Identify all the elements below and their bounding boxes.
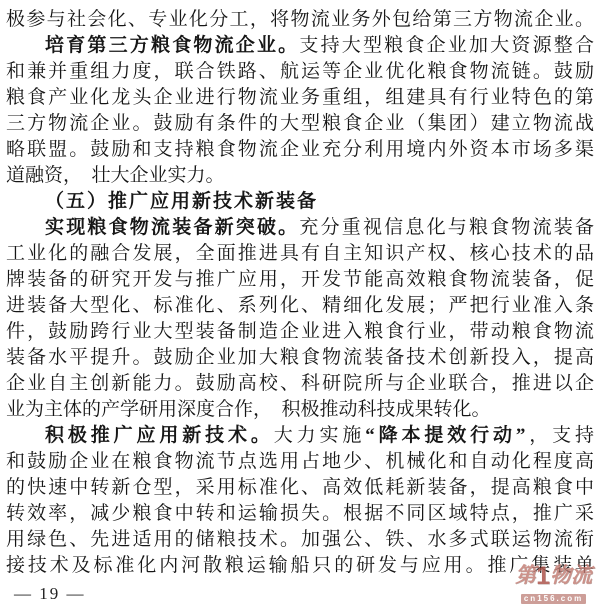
- text-line-16: 业为主体的产学研用深度合作， 积极推动科技成果转化。: [6, 397, 594, 423]
- text-line-02: 培育第三方粮食物流企业。支持大型粮食企业加大资源整合: [6, 33, 594, 59]
- watermark-brand-text: 第1物流: [515, 564, 592, 589]
- watermark-brand-post: 物流: [550, 564, 592, 587]
- text-line-09: 实现粮食物流装备新突破。充分重视信息化与粮食物流装备: [6, 215, 594, 241]
- paragraph-text: 充分重视信息化与粮食物流装备: [299, 217, 594, 238]
- watermark-url: cn156.com: [521, 594, 586, 604]
- text-line-22: 接技术及标准化内河散粮运输船只的研发与应用。推广集装单: [6, 553, 594, 579]
- paragraph-lead-bold: 积极推广应用新技术。: [45, 425, 274, 446]
- text-line-07: 道融资， 壮大企业实力。: [6, 163, 594, 189]
- text-line-21: 用绿色、先进适用的储粮技术。加强公、铁、水多式联运物流衔: [6, 527, 594, 553]
- text-line-18: 和鼓励企业在粮食物流节点选用占地少、机械化和自动化程度高: [6, 449, 594, 475]
- text-line-14: 装备水平提升。鼓励企业加大粮食物流装备技术创新投入，提高: [6, 345, 594, 371]
- paragraph-lead-bold: 实现粮食物流装备新突破。: [45, 217, 299, 238]
- quoted-term-bold: “降本提效行动”: [365, 425, 525, 446]
- text-line-04: 粮食产业化龙头企业进行物流业务重组，组建具有行业特色的第: [6, 85, 594, 111]
- section-heading: （五）推广应用新技术新装备: [6, 189, 594, 215]
- text-line-20: 转效率，减少粮食中转和运输损失。根据不同区域特点，推广采: [6, 501, 594, 527]
- text-line-13: 件，鼓励跨行业大型装备制造企业进入粮食行业，带动粮食物流: [6, 319, 594, 345]
- document-body: 极参与社会化、专业化分工，将物流业务外包给第三方物流企业。 培育第三方粮食物流企…: [0, 0, 600, 604]
- paragraph-lead-bold: 培育第三方粮食物流企业。: [45, 35, 299, 56]
- paragraph-text: 支持大型粮食企业加大资源整合: [299, 35, 594, 56]
- text-line-05: 三方物流企业。鼓励有条件的大型粮食企业（集团）建立物流战: [6, 111, 594, 137]
- text-line-10: 工业化的融合发展，全面推进具有自主知识产权、核心技术的品: [6, 241, 594, 267]
- text-line-17: 积极推广应用新技术。大力实施“降本提效行动”，支持: [6, 423, 594, 449]
- watermark-numeral-one: 1: [536, 562, 550, 590]
- text-line-01: 极参与社会化、专业化分工，将物流业务外包给第三方物流企业。: [6, 7, 594, 33]
- paragraph-text: 大力实施: [274, 425, 366, 446]
- text-line-12: 进装备大型化、标准化、系列化、精细化发展；严把行业准入条: [6, 293, 594, 319]
- watermark-logo: 第1物流 cn156.com: [515, 564, 592, 605]
- text-line-15: 企业自主创新能力。鼓励高校、科研院所与企业联合，推进以企: [6, 371, 594, 397]
- page-number: — 19 —: [6, 584, 594, 604]
- watermark-brand-pre: 第: [515, 564, 536, 587]
- text-line-19: 的快速中转新仓型，采用标准化、高效低耗新装备，提高粮食中: [6, 475, 594, 501]
- text-line-06: 略联盟。鼓励和支持粮食物流企业充分利用境内外资本市场多渠: [6, 137, 594, 163]
- text-line-03: 和兼并重组力度，联合铁路、航运等企业优化粮食物流链。鼓励: [6, 59, 594, 85]
- paragraph-text: ，支持: [525, 425, 594, 446]
- document-page: { "page": { "footer": "— 19 —", "waterma…: [0, 0, 600, 611]
- text-line-11: 牌装备的研究开发与推广应用，开发节能高效粮食物流装备，促: [6, 267, 594, 293]
